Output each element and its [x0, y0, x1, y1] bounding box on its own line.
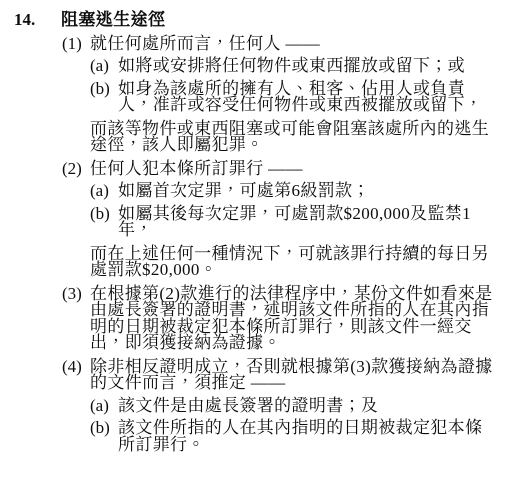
document-page: 14. 阻塞逃生途徑 (1)就任何處所而言，任何人 ——(a)如將或安排將任何物… [0, 0, 507, 490]
clause-text: 如身為該處所的擁有人、租客、佔用人或負責人，准許或容受任何物件或東西被擺放或留下… [118, 81, 482, 114]
clause-block: (a)如屬首次定罪，可處第6級罰款； [90, 183, 493, 200]
clause-block: (a)如將或安排將任何物件或東西擺放或留下；或 [90, 58, 493, 75]
clause-marker: (4) [62, 359, 90, 376]
clause-block: (a)該文件是由處長簽署的證明書；及 [90, 398, 493, 415]
clause-text: 如屬首次定罪，可處第6級罰款； [118, 183, 370, 200]
clause-text: 而在上述任何一種情況下，可就該罪行持續的每日另處罰款$20,000。 [90, 246, 489, 279]
section-title: 阻塞逃生途徑 [61, 12, 165, 29]
text-line: 所訂罪行。 [118, 437, 482, 454]
clause-continuation-block: 而該等物件或東西阻塞或可能會阻塞該處所內的逃生途徑，該人即屬犯罪。 [62, 121, 493, 154]
clause-block: (1)就任何處所而言，任何人 —— [62, 36, 493, 53]
text-line: 途徑，該人即屬犯罪。 [90, 137, 489, 154]
text-line: 處罰款$20,000。 [90, 262, 489, 279]
text-line: 如將或安排將任何物件或東西擺放或留下；或 [118, 58, 465, 75]
clause-text: 如屬其後每次定罪，可處罰款$200,000及監禁1年， [118, 206, 471, 239]
text-line: 年， [118, 222, 471, 239]
clause-text: 就任何處所而言，任何人 —— [90, 36, 320, 53]
text-line: 人，准許或容受任何物件或東西被擺放或留下， [118, 97, 482, 114]
section-body: (1)就任何處所而言，任何人 ——(a)如將或安排將任何物件或東西擺放或留下；或… [14, 36, 493, 454]
text-line: 的文件而言，須推定 —— [90, 375, 493, 392]
text-line: 任何人犯本條所訂罪行 —— [90, 161, 303, 178]
section-heading: 14. 阻塞逃生途徑 [14, 12, 493, 29]
clause-block: (b)該文件所指的人在其內指明的日期被裁定犯本條所訂罪行。 [90, 420, 493, 453]
clause-block: (b)如身為該處所的擁有人、租客、佔用人或負責人，准許或容受任何物件或東西被擺放… [90, 81, 493, 114]
text-line: 出，即須獲接納為證據。 [90, 335, 493, 352]
clause-marker: (1) [62, 36, 90, 53]
clause-block: (b)如屬其後每次定罪，可處罰款$200,000及監禁1年， [90, 206, 493, 239]
clause-block: (3)在根據第(2)款進行的法律程序中，某份文件如看來是由處長簽署的證明書，述明… [62, 286, 493, 352]
clause-block: (4)除非相反證明成立，否則就根據第(3)款獲接納為證據的文件而言，須推定 —— [62, 359, 493, 392]
clause-continuation-block: 而在上述任何一種情況下，可就該罪行持續的每日另處罰款$20,000。 [62, 246, 493, 279]
clause-text: 該文件是由處長簽署的證明書；及 [118, 398, 378, 415]
clause-marker: (a) [90, 58, 118, 75]
text-line: 該文件是由處長簽署的證明書；及 [118, 398, 378, 415]
clause-text: 任何人犯本條所訂罪行 —— [90, 161, 303, 178]
clause-text: 該文件所指的人在其內指明的日期被裁定犯本條所訂罪行。 [118, 420, 482, 453]
clause-text: 除非相反證明成立，否則就根據第(3)款獲接納為證據的文件而言，須推定 —— [90, 359, 493, 392]
clause-marker: (b) [90, 206, 118, 223]
text-line: 就任何處所而言，任何人 —— [90, 36, 320, 53]
text-line: 如屬其後每次定罪，可處罰款$200,000及監禁1 [118, 206, 471, 223]
clause-text: 在根據第(2)款進行的法律程序中，某份文件如看來是由處長簽署的證明書，述明該文件… [90, 286, 493, 352]
clause-marker: (a) [90, 183, 118, 200]
clause-block: (2)任何人犯本條所訂罪行 —— [62, 161, 493, 178]
clause-marker: (2) [62, 161, 90, 178]
clause-text: 如將或安排將任何物件或東西擺放或留下；或 [118, 58, 465, 75]
clause-marker: (3) [62, 286, 90, 303]
clause-marker: (b) [90, 81, 118, 98]
text-line: 如屬首次定罪，可處第6級罰款； [118, 183, 370, 200]
clause-text: 而該等物件或東西阻塞或可能會阻塞該處所內的逃生途徑，該人即屬犯罪。 [90, 121, 489, 154]
clause-marker: (a) [90, 398, 118, 415]
clause-marker: (b) [90, 420, 118, 437]
section-number: 14. [14, 12, 61, 29]
